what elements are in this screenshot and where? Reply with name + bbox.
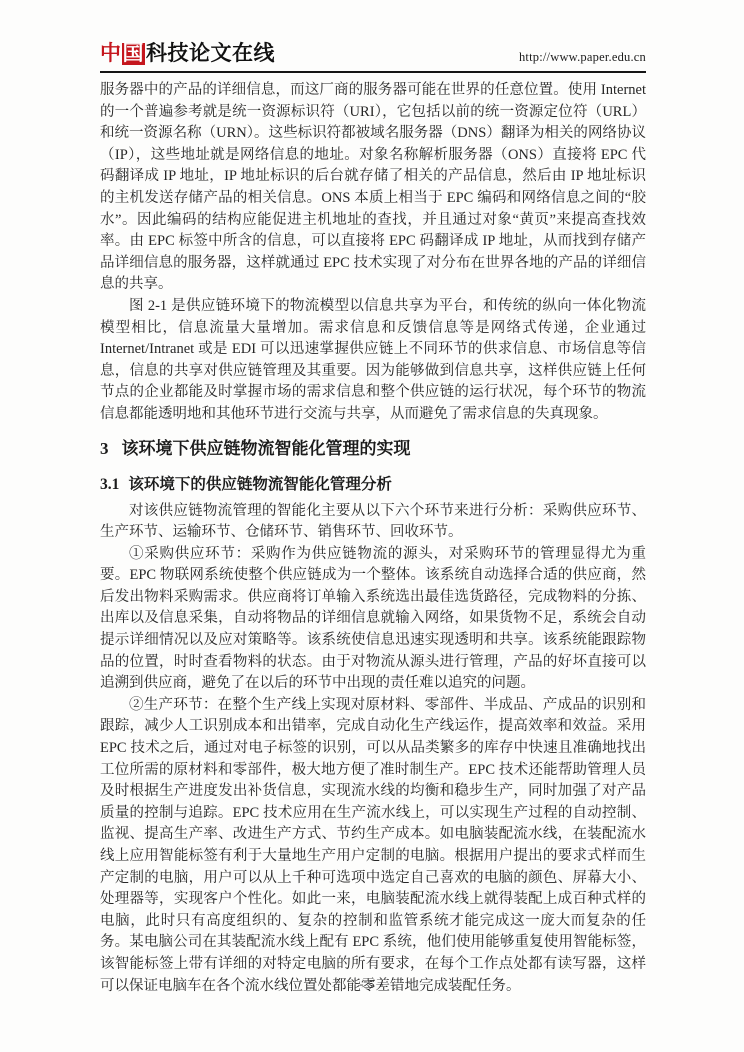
section-title: 该环境下供应链物流智能化管理的实现 [122, 439, 411, 458]
section-heading: 3该环境下供应链物流智能化管理的实现 [100, 437, 646, 461]
paragraph-continuation: 服务器中的产品的详细信息，而这厂商的服务器可能在世界的任意位置。使用 Inter… [100, 80, 646, 296]
subsection-heading: 3.1该环境下的供应链物流智能化管理分析 [100, 474, 646, 496]
subsection-title: 该环境下的供应链物流智能化管理分析 [128, 476, 392, 493]
section-number: 3 [100, 439, 109, 458]
site-logo: 中国科技论文在线 [100, 42, 275, 66]
paragraph: ②生产环节：在整个生产线上实现对原材料、零部件、半成品、产成品的识别和跟踪，减少… [100, 695, 646, 997]
page-header: 中国科技论文在线 http://www.paper.edu.cn [100, 42, 646, 73]
logo-text: 科技论文在线 [146, 42, 275, 65]
site-url: http://www.paper.edu.cn [519, 50, 646, 65]
paragraph: ①采购供应环节：采购作为供应链物流的源头，对采购环节的管理显得尤为重要。EPC … [100, 544, 646, 695]
paper-page: 中国科技论文在线 http://www.paper.edu.cn 服务器中的产品… [0, 0, 744, 1052]
logo-char-zhong: 中 [100, 42, 122, 65]
document-body: 服务器中的产品的详细信息，而这厂商的服务器可能在世界的任意位置。使用 Inter… [100, 80, 646, 997]
logo-char-guo: 国 [122, 43, 146, 65]
paragraph: 对该供应链物流管理的智能化主要从以下六个环节来进行分析：采购供应环节、生产环节、… [100, 501, 646, 544]
subsection-number: 3.1 [100, 476, 119, 493]
paragraph: 图 2-1 是供应链环境下的物流模型以信息共享为平台，和传统的纵向一体化物流模型… [100, 296, 646, 426]
page-number: - 5 - [0, 977, 744, 992]
